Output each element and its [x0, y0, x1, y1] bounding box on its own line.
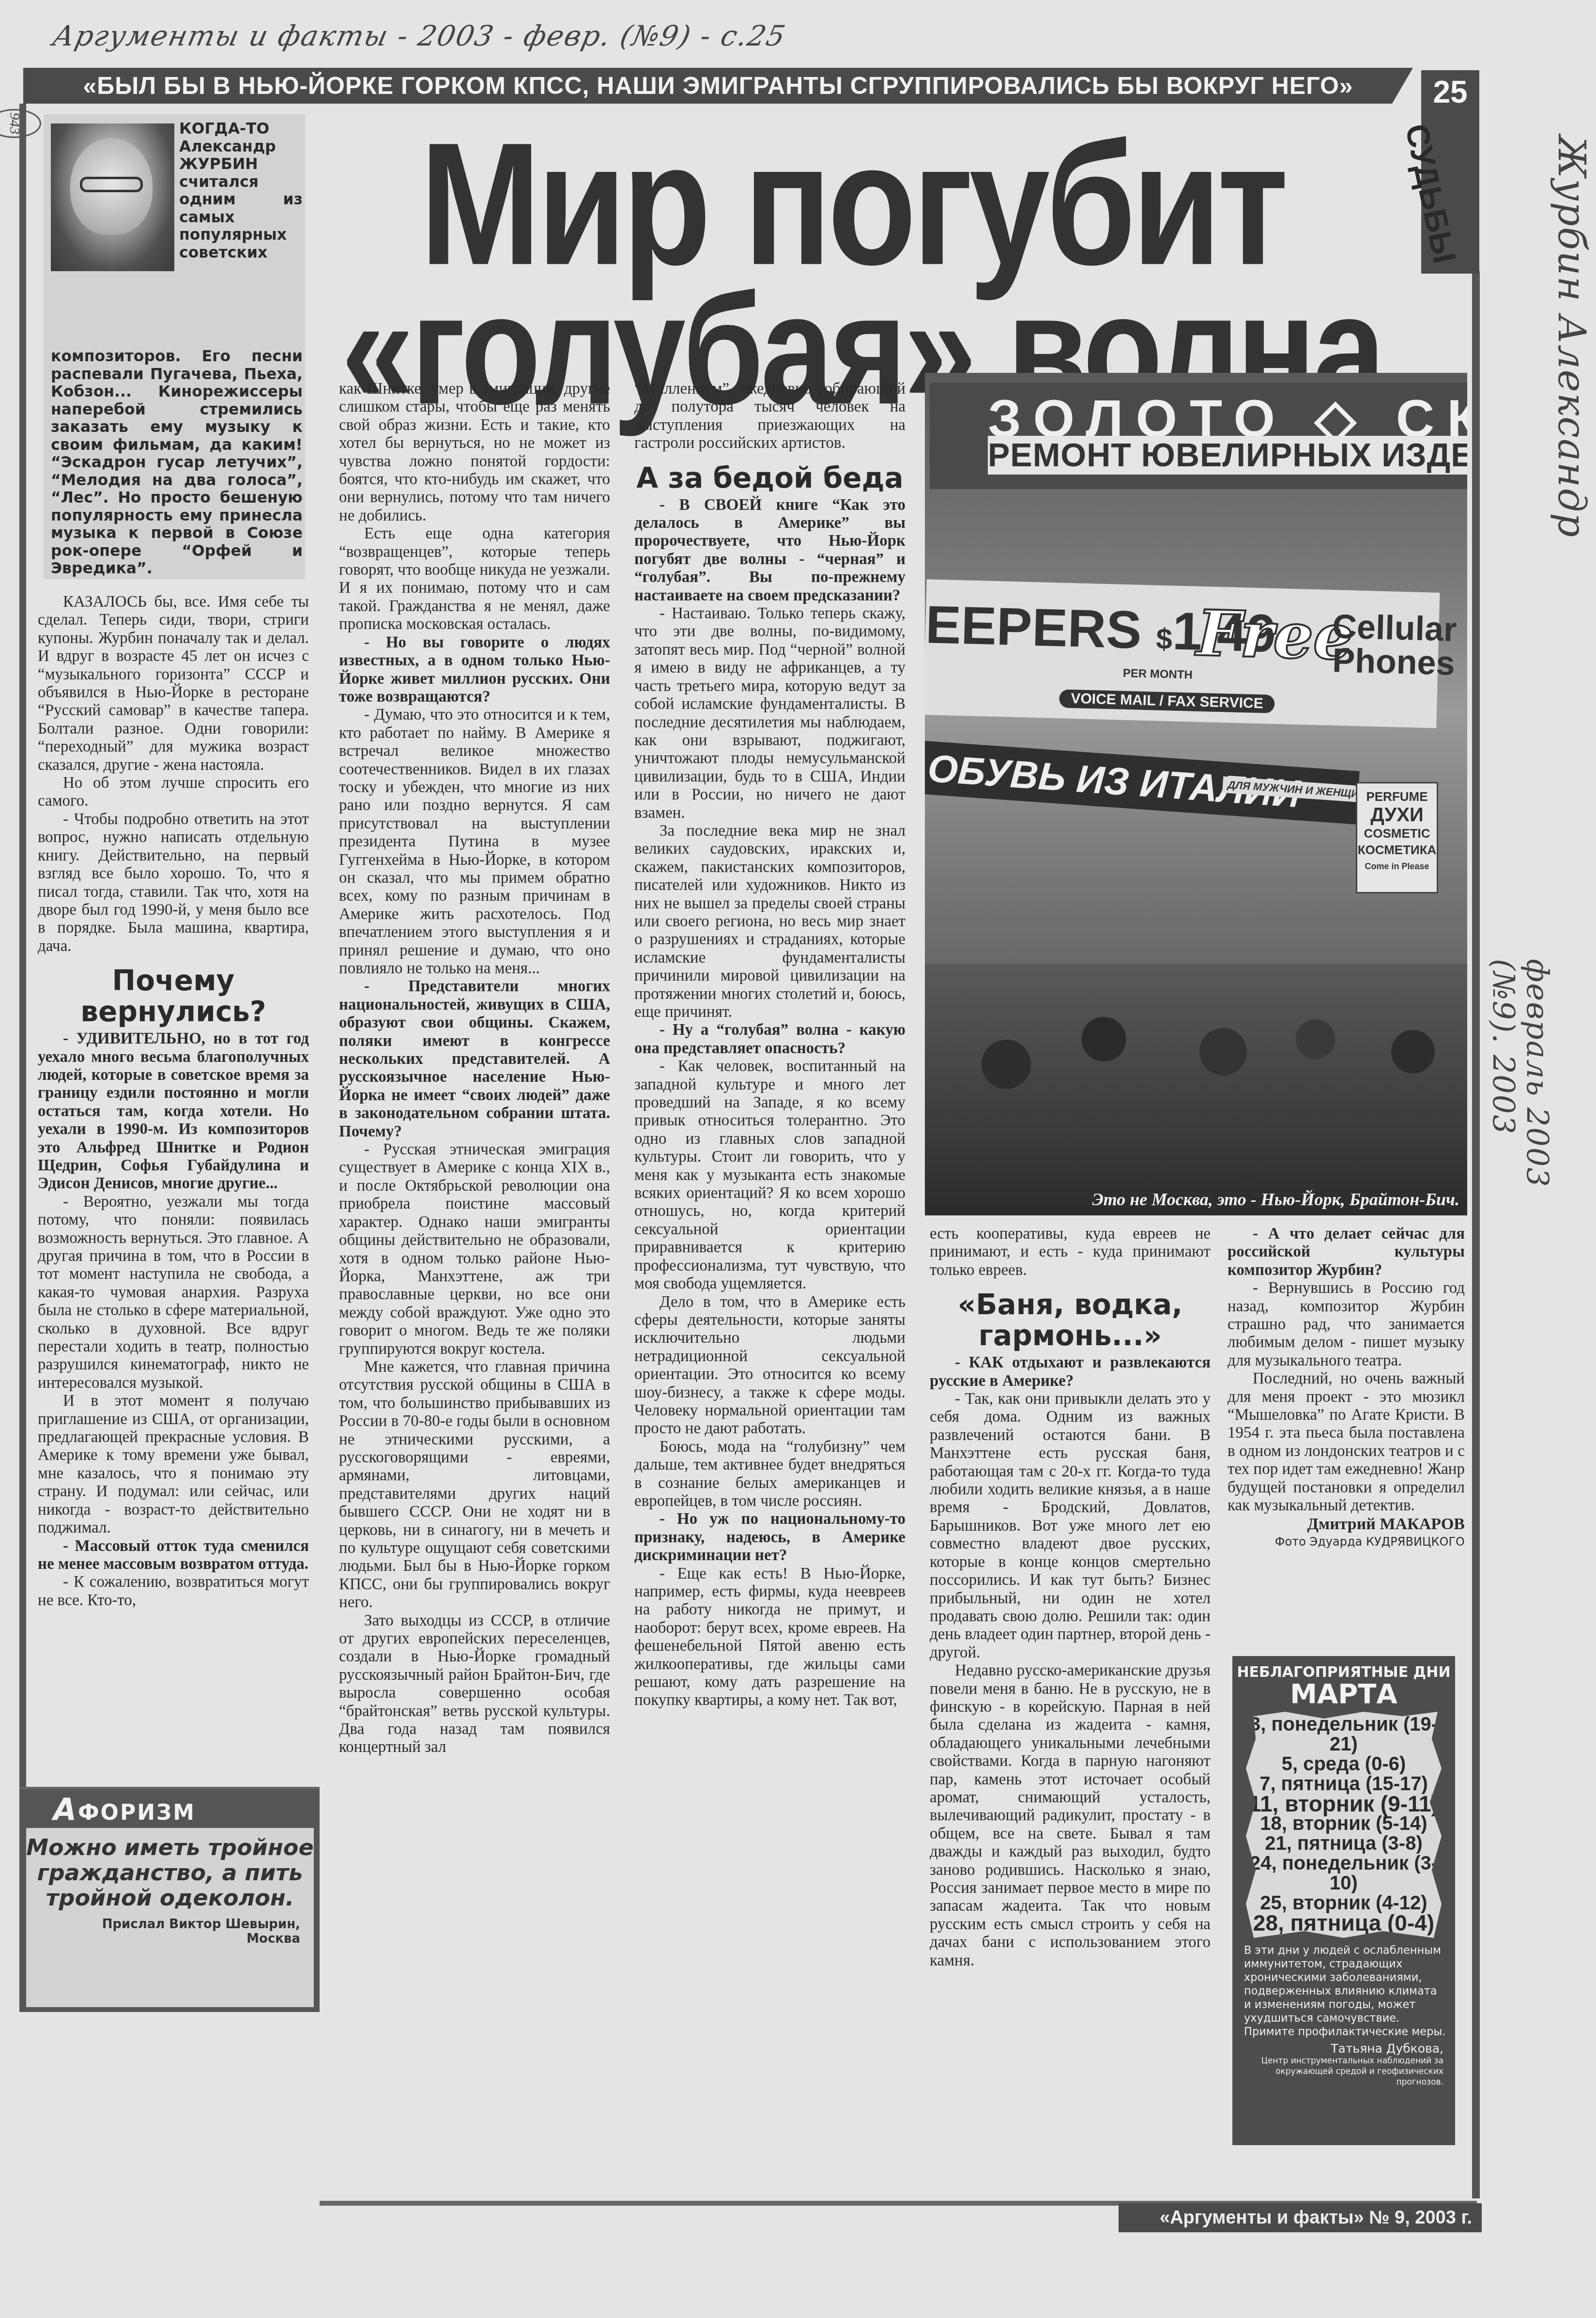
interview-question: - УДИВИТЕЛЬНО, но в тот год уехало много…	[38, 1030, 309, 1193]
days-month: МАРТА	[1232, 1681, 1455, 1708]
paragraph: Боюсь, мода на “голубизну” чем дальше, т…	[634, 1438, 905, 1511]
publication-footer: «Аргументы и факты» № 9, 2003 г.	[1119, 2203, 1482, 2232]
paragraph: - Еще как есть! В Нью-Йорке, например, е…	[634, 1565, 905, 1710]
article-column-3: “Миллениум”, ежедневно собирающий до пол…	[634, 380, 905, 1710]
photo-credit: Фото Эдуарда КУДРЯВИЦКОГО	[1228, 1533, 1465, 1551]
handwritten-source-note: Аргументы и факты - 2003 - февр. (№9) - …	[50, 19, 789, 52]
days-title: НЕБЛАГОПРИЯТНЫЕ ДНИ	[1232, 1656, 1455, 1681]
paragraph: - Русская этническая эмиграция существуе…	[339, 1141, 610, 1358]
frame-right-rule	[1472, 271, 1480, 2198]
interview-question: - В СВОЕЙ книге “Как это делалось в Амер…	[634, 496, 905, 605]
interview-question: - Но уж по национальному-то признаку, на…	[634, 1510, 905, 1565]
interview-question: - Но вы говорите о людях известных, а в …	[339, 634, 610, 706]
aphorism-author: Прислал Виктор Шевырин, Москва	[26, 1917, 314, 1946]
day-item: 28, пятница (0-4)	[1246, 1913, 1442, 1933]
aphorism-quote: Можно иметь тройное гражданство, а пить …	[26, 1828, 314, 1910]
paragraph: Но об этом лучше спросить его самого.	[38, 774, 309, 811]
day-item: 18, вторник (5-14)	[1246, 1814, 1442, 1834]
paragraph: - Так, как они привыкли делать это у себ…	[930, 1390, 1211, 1662]
article-column-5: - А что делает сейчас для российской кул…	[1228, 1225, 1465, 1551]
perfume-sign: PERFUME ДУХИ COSMETIC КОСМЕТИКА Come in …	[1356, 782, 1438, 893]
headline-line-1: Мир погубит	[320, 121, 1385, 287]
article-column-1: КАЗАЛОСЬ бы, все. Имя себе ты сделал. Те…	[38, 593, 309, 1610]
day-item: 5, среда (0-6)	[1246, 1754, 1442, 1774]
day-item: 11, вторник (9-11)	[1246, 1794, 1442, 1814]
interview-question: - Ну а “голубая” волна - какую она предс…	[634, 1021, 905, 1058]
paragraph: - Настаиваю. Только теперь скажу, что эт…	[634, 605, 905, 822]
brighton-beach-photo: ЗОЛОТО ◇ СКУПКА РЕМОНТ ЮВЕЛИРНЫХ ИЗДЕЛИЙ…	[925, 373, 1467, 1215]
days-signature: Татьяна Дубкова, Центр инструментальных …	[1232, 2042, 1455, 2088]
page-title: Мир погубит «голубая» волна	[320, 121, 1385, 413]
handwritten-date-note: февраль 2003 (№9). 2003	[1487, 959, 1554, 1188]
unfavorable-days-box: НЕБЛАГОПРИЯТНЫЕ ДНИ МАРТА 3, понедельник…	[1232, 1656, 1455, 2145]
aphorism-heading: АФОРИЗМ	[53, 1792, 196, 1827]
paragraph: - Как человек, воспитанный на западной к…	[634, 1058, 905, 1293]
paragraph: - Чтобы подробно ответить на этот вопрос…	[38, 811, 309, 955]
paragraph: - Думаю, что это относится и к тем, кто …	[339, 706, 610, 978]
paragraph: Недавно русско-американские друзья повел…	[930, 1662, 1211, 1970]
paragraph: - К сожалению, возвратиться могут не все…	[38, 1573, 309, 1610]
interview-question: - А что делает сейчас для российской кул…	[1228, 1225, 1465, 1279]
day-item: 21, пятница (3-8)	[1246, 1834, 1442, 1854]
interview-question: - КАК отдыхают и развлекаются русские в …	[930, 1354, 1211, 1390]
paragraph: Мне кажется, что главная причина отсутст…	[339, 1358, 610, 1612]
shoes-banner: ОБУВЬ ИЗ ИТАЛИИ ДЛЯ МУЖЧИН И ЖЕНЩИН	[925, 741, 1360, 825]
paragraph: “Миллениум”, ежедневно собирающий до пол…	[634, 380, 905, 453]
gold-shop-sign: ЗОЛОТО ◇ СКУПКА РЕМОНТ ЮВЕЛИРНЫХ ИЗДЕЛИЙ	[930, 383, 1467, 489]
interview-question: - Представители многих национальностей, …	[339, 978, 610, 1141]
paragraph: есть кооперативы, куда евреев не принима…	[930, 1225, 1211, 1279]
frame-left-rule	[19, 104, 26, 1857]
article-column-4: есть кооперативы, куда евреев не принима…	[930, 1225, 1211, 1970]
paragraph: - Вернувшись в Россию год назад, компози…	[1228, 1279, 1465, 1370]
portrait-spacer	[51, 120, 179, 348]
paragraph: Есть еще одна категория “возвращенцев”, …	[339, 525, 610, 633]
paragraph: КАЗАЛОСЬ бы, все. Имя себе ты сделал. Те…	[38, 593, 309, 774]
sign-voice-mail: VOICE MAIL / FAX SERVICE	[1059, 689, 1275, 713]
article-column-2: как Шнитке, умер в эмиграции, другие сли…	[339, 380, 610, 1757]
sign-cellular-phones: Cellular Phones	[1331, 609, 1457, 680]
byline: Дмитрий МАКАРОВ Фото Эдуарда КУДРЯВИЦКОГ…	[1228, 1515, 1465, 1551]
kicker-banner: «БЫЛ БЫ В НЬЮ-ЙОРКЕ ГОРКОМ КПСС, НАШИ ЭМ…	[23, 68, 1413, 104]
subheading-why-returned: Почему вернулись?	[38, 965, 309, 1027]
sign-per-month: PER MONTH	[1123, 667, 1193, 682]
aphorism-content: Можно иметь тройное гражданство, а пить …	[26, 1828, 314, 2007]
paragraph: как Шнитке, умер в эмиграции, другие сли…	[339, 380, 610, 525]
author-name: Дмитрий МАКАРОВ	[1228, 1515, 1465, 1533]
street-crowd	[925, 964, 1467, 1215]
photo-caption: Это не Москва, это - Нью-Йорк, Брайтон-Б…	[1092, 1189, 1459, 1210]
interview-question: - Массовый отток туда сменился не менее …	[38, 1537, 309, 1574]
sign-free: Free	[1196, 596, 1354, 674]
paragraph: Дело в том, что в Америке есть сферы дея…	[634, 1293, 905, 1438]
paragraph: За последние века мир не знал великих са…	[634, 822, 905, 1021]
days-note: В эти дни у людей с ослабленным иммуните…	[1232, 1938, 1455, 2039]
subheading-trouble: А за бедой беда	[634, 462, 905, 493]
day-item: 24, понедельник (3-10)	[1246, 1854, 1442, 1893]
paragraph: Последний, но очень важный для меня прое…	[1228, 1370, 1465, 1515]
paragraph: И в этот момент я получаю приглашение из…	[38, 1392, 309, 1537]
lead-paragraph: КОГДА-ТО Александр ЖУРБИН считался одним…	[51, 120, 303, 578]
kicker-text: «БЫЛ БЫ В НЬЮ-ЙОРКЕ ГОРКОМ КПСС, НАШИ ЭМ…	[83, 72, 1353, 100]
day-item: 3, понедельник (19-21)	[1246, 1715, 1442, 1754]
days-list: 3, понедельник (19-21) 5, среда (0-6) 7,…	[1246, 1712, 1442, 1938]
paragraph: Зато выходцы из СССР, в отличие от други…	[339, 1612, 610, 1757]
paragraph: - Вероятно, уезжали мы тогда потому, что…	[38, 1193, 309, 1392]
handwritten-author-name: Журбин Александр	[1550, 136, 1593, 538]
subheading-banya: «Баня, водка, гармонь...»	[930, 1289, 1211, 1351]
sign-repair-text: РЕМОНТ ЮВЕЛИРНЫХ ИЗДЕЛИЙ	[988, 436, 1467, 475]
cellular-banner: EEPERS $1.49 PER MONTH Free Cellular Pho…	[925, 579, 1440, 728]
